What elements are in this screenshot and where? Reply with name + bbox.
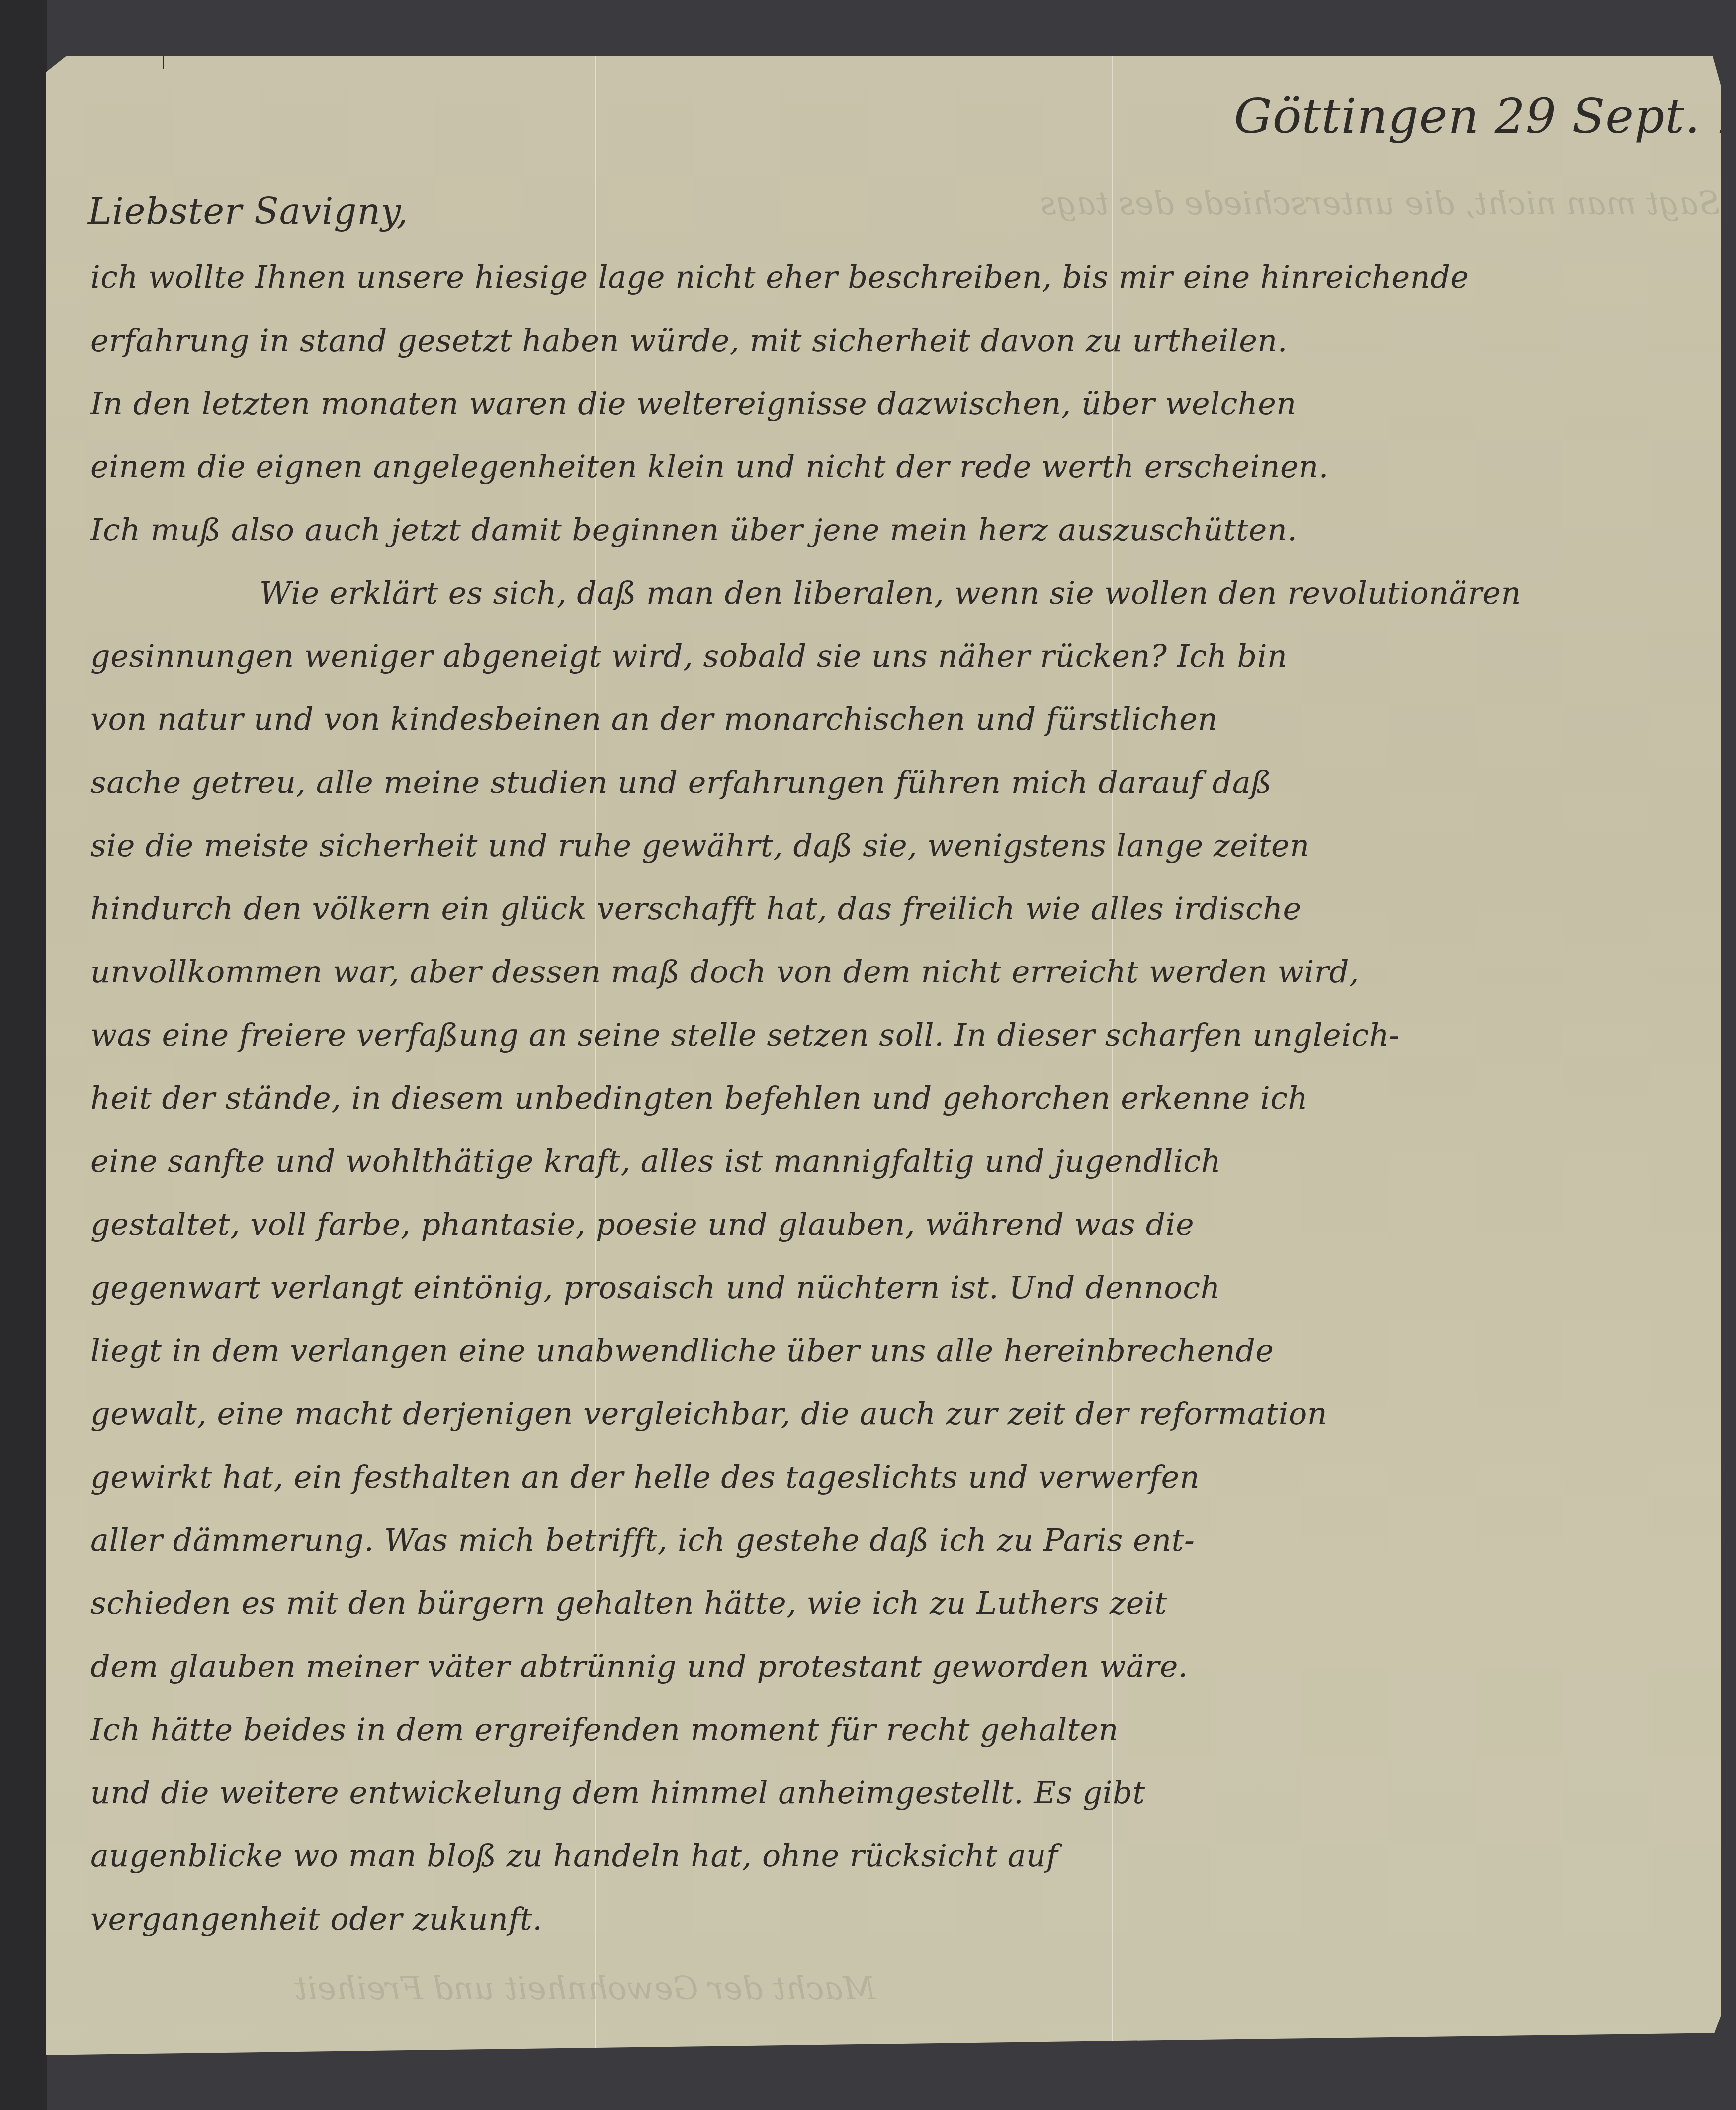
letter-line: gesinnungen weniger abgeneigt wird, soba… bbox=[90, 629, 1681, 692]
letter-line: erfahrung in stand gesetzt haben würde, … bbox=[90, 313, 1681, 376]
letter-line: und die weitere entwickelung dem himmel … bbox=[90, 1765, 1681, 1829]
letter-line: heit der stände, in diesem unbedingten b… bbox=[90, 1071, 1681, 1134]
letter-line: aller dämmerung. Was mich betrifft, ich … bbox=[90, 1513, 1681, 1576]
letter-line: was eine freiere verfaßung an seine stel… bbox=[90, 1008, 1681, 1071]
letter-line: Ich hätte beides in dem ergreifenden mom… bbox=[90, 1702, 1681, 1765]
letter-line: In den letzten monaten waren die weltere… bbox=[90, 376, 1681, 440]
salutation: Liebster Savigny, bbox=[88, 190, 409, 232]
letter-line: sie die meiste sicherheit und ruhe gewäh… bbox=[90, 818, 1681, 881]
letter-line: vergangenheit oder zukunft. bbox=[90, 1892, 1681, 1955]
letter-line: unvollkommen war, aber dessen maß doch v… bbox=[90, 945, 1681, 1008]
bleed-through-text: Macht der Gewohnheit und Freiheit bbox=[294, 1970, 875, 2007]
letter-sheet: Sagt man nicht, die unterschiede des tag… bbox=[46, 56, 1726, 2067]
letter-line: sache getreu, alle meine studien und erf… bbox=[90, 755, 1681, 818]
letter-line: von natur und von kindesbeinen an der mo… bbox=[90, 692, 1681, 755]
letter-line: liegt in dem verlangen eine unabwendlich… bbox=[90, 1323, 1681, 1387]
letter-line: einem die eignen angelegenheiten klein u… bbox=[90, 440, 1681, 503]
letter-line: Ich muß also auch jetzt damit beginnen ü… bbox=[90, 503, 1681, 566]
letter-line: gegenwart verlangt eintönig, prosaisch u… bbox=[90, 1260, 1681, 1323]
letter-line: gewirkt hat, ein festhalten an der helle… bbox=[90, 1450, 1681, 1513]
letter-line: gestaltet, voll farbe, phantasie, poesie… bbox=[90, 1197, 1681, 1260]
letter-line: dem glauben meiner väter abtrünnig und p… bbox=[90, 1639, 1681, 1702]
letter-line: eine sanfte und wohlthätige kraft, alles… bbox=[90, 1134, 1681, 1197]
letter-line: hindurch den völkern ein glück verschaff… bbox=[90, 881, 1681, 945]
letter-line: schieden es mit den bürgern gehalten hät… bbox=[90, 1576, 1681, 1639]
ink-mark bbox=[163, 56, 164, 69]
dateline: Göttingen 29 Sept. 1830. bbox=[1234, 88, 1736, 144]
letter-line: gewalt, eine macht derjenigen vergleichb… bbox=[90, 1387, 1681, 1450]
letter-body: ich wollte Ihnen unsere hiesige lage nic… bbox=[90, 250, 1681, 1955]
letter-line: ich wollte Ihnen unsere hiesige lage nic… bbox=[90, 250, 1681, 313]
bleed-through-text: Sagt man nicht, die unterschiede des tag… bbox=[1040, 185, 1720, 222]
letter-line: augenblicke wo man bloß zu handeln hat, … bbox=[90, 1829, 1681, 1892]
letter-line: Wie erklärt es sich, daß man den liberal… bbox=[90, 566, 1681, 629]
mount-left-strip bbox=[0, 0, 47, 2110]
